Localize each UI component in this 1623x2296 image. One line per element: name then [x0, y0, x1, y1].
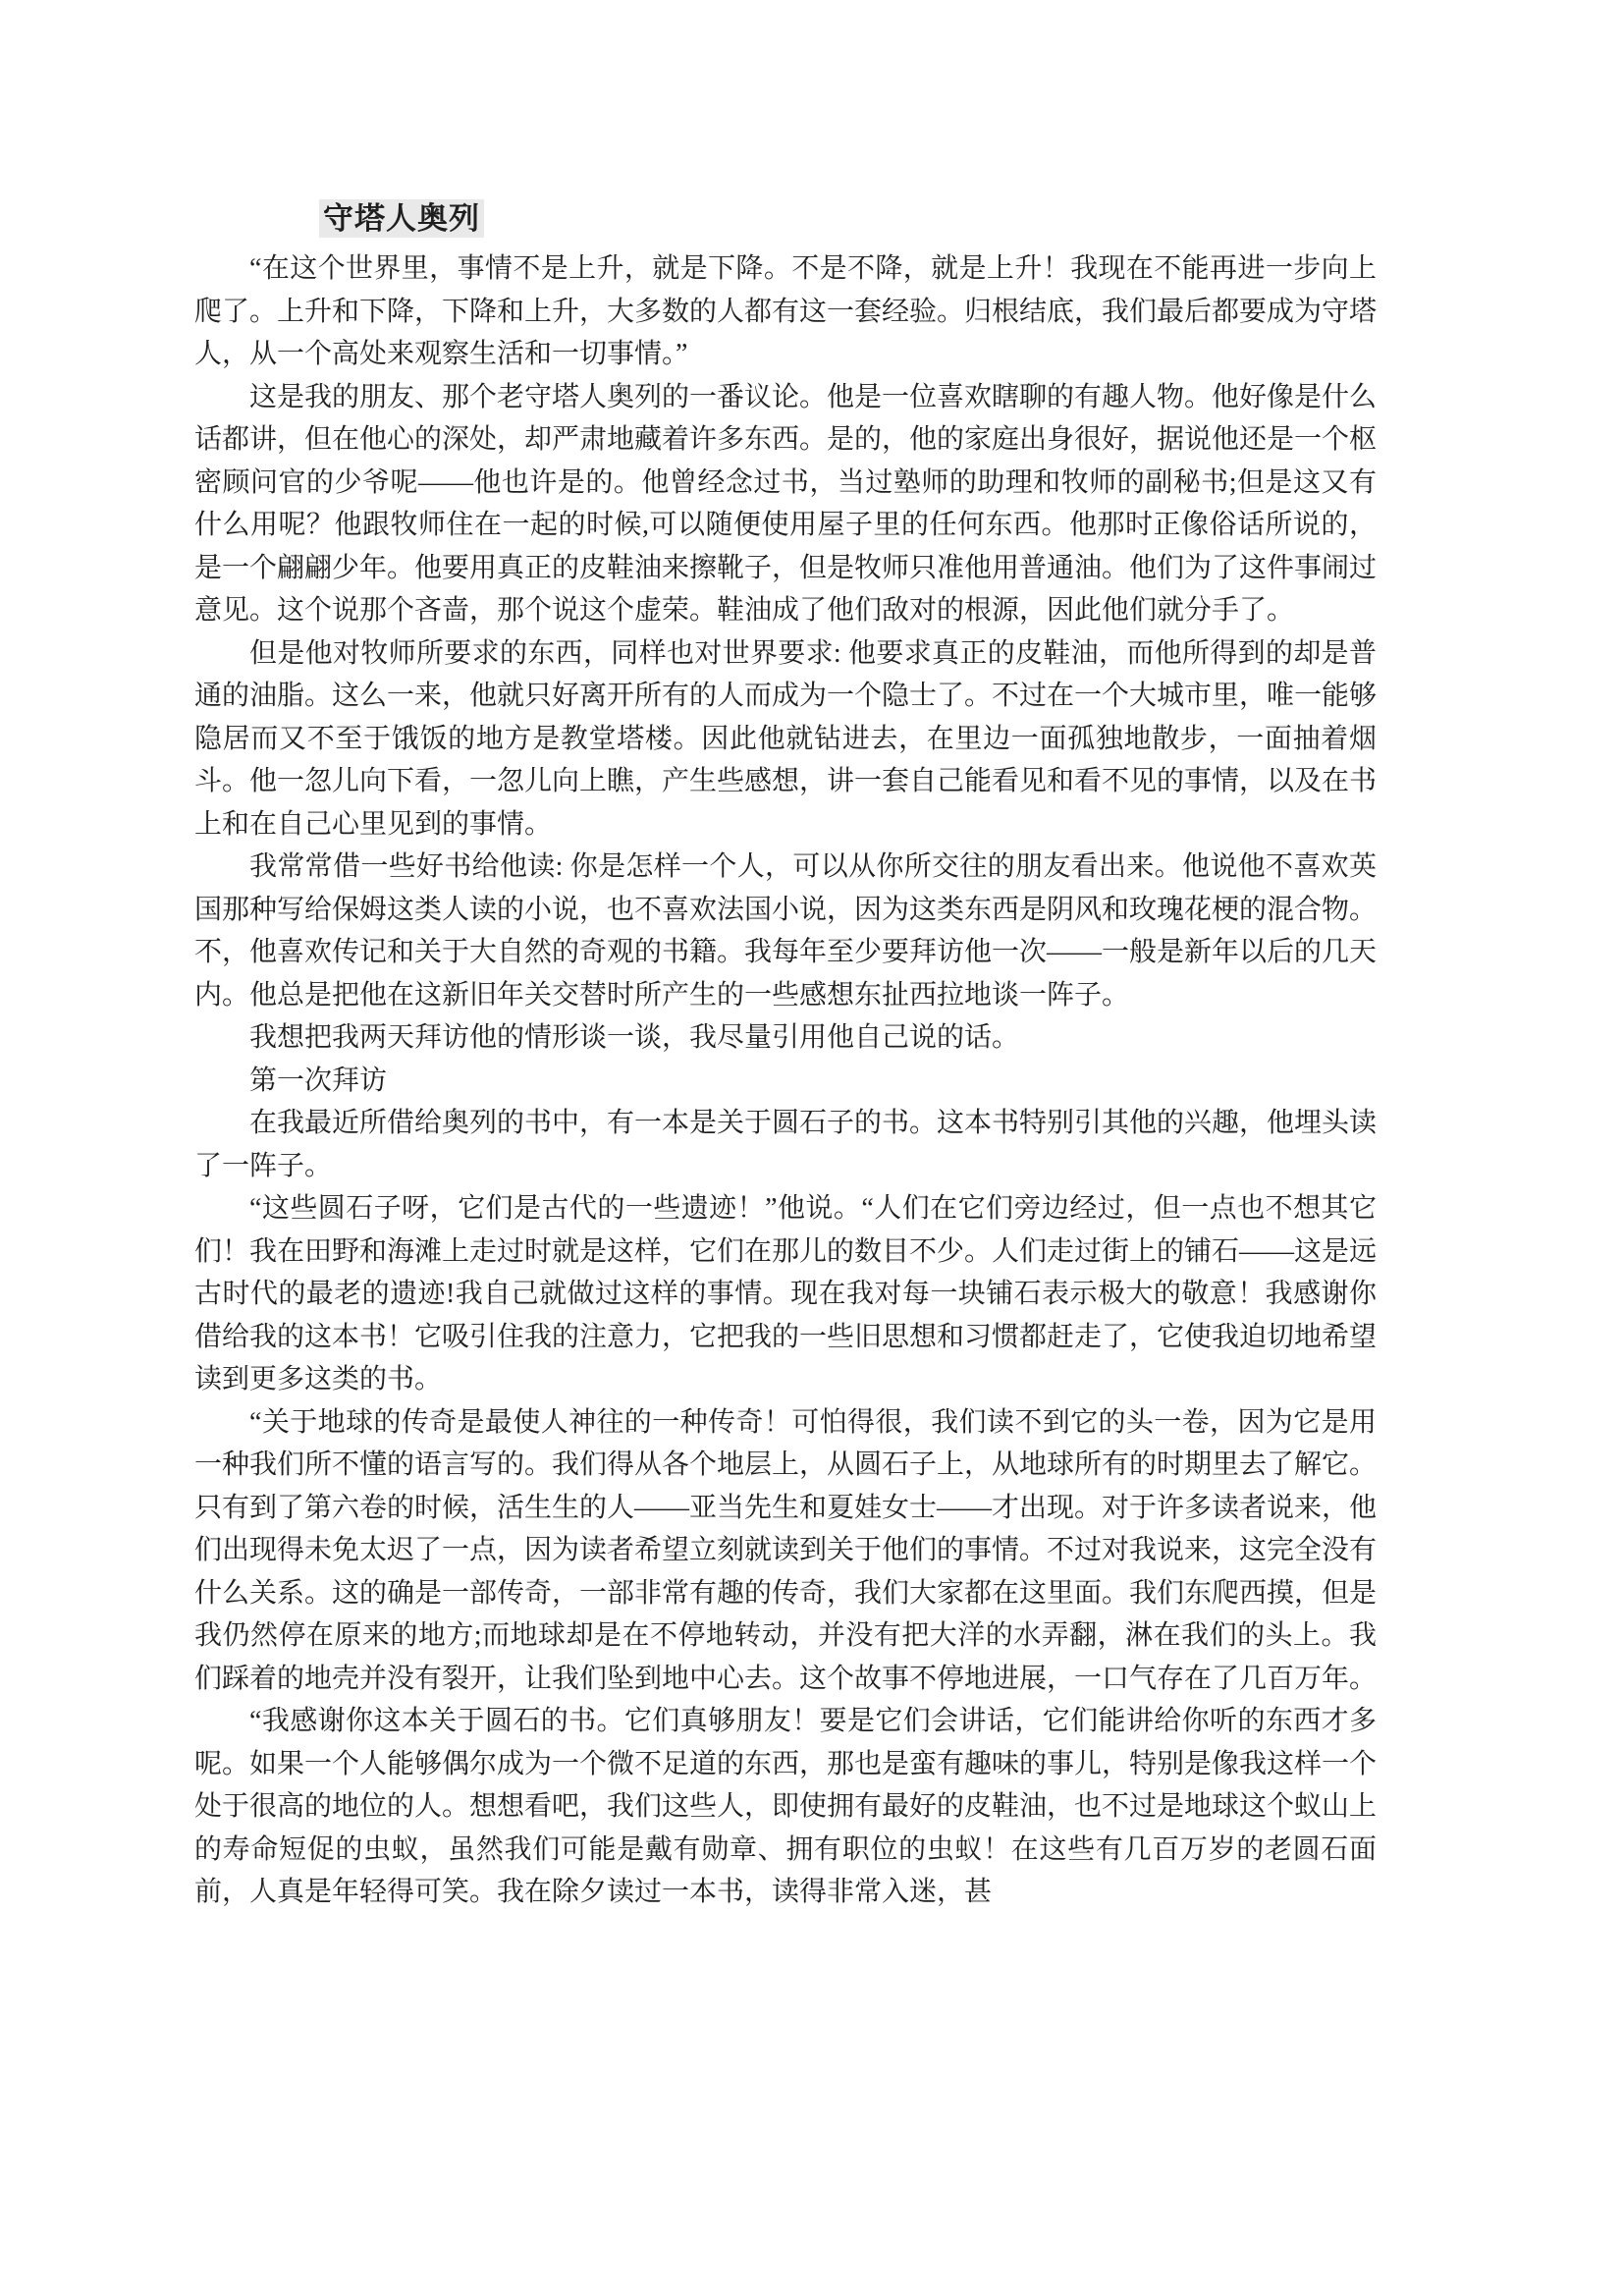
document-content: 守塔人奥列 “在这个世界里，事情不是上升，就是下降。不是不降，就是上升！我现在不… — [194, 196, 1377, 1914]
paragraph: 但是他对牧师所要求的东西，同样也对世界要求: 他要求真正的皮鞋油，而他所得到的却… — [194, 632, 1377, 847]
document-page: 守塔人奥列 “在这个世界里，事情不是上升，就是下降。不是不降，就是上升！我现在不… — [0, 0, 1623, 2296]
paragraph: 我常常借一些好书给他读: 你是怎样一个人，可以从你所交往的朋友看出来。他说他不喜… — [194, 846, 1377, 1016]
paragraph: “这些圆石子呀，它们是古代的一些遗迹！”他说。“人们在它们旁边经过，但一点也不想… — [194, 1187, 1377, 1401]
paragraph: “我感谢你这本关于圆石的书。它们真够朋友！要是它们会讲话，它们能讲给你听的东西才… — [194, 1700, 1377, 1914]
page-title: 守塔人奥列 — [319, 199, 484, 238]
paragraph: 在我最近所借给奥列的书中，有一本是关于圆石子的书。这本书特别引其他的兴趣，他埋头… — [194, 1102, 1377, 1187]
paragraph: 我想把我两天拜访他的情形谈一谈，我尽量引用他自己说的话。 — [194, 1016, 1377, 1060]
paragraph: “关于地球的传奇是最使人神往的一种传奇！可怕得很，我们读不到它的头一卷，因为它是… — [194, 1401, 1377, 1701]
paragraph: “在这个世界里，事情不是上升，就是下降。不是不降，就是上升！我现在不能再进一步向… — [194, 247, 1377, 376]
paragraph: 第一次拜访 — [194, 1060, 1377, 1103]
paragraph: 这是我的朋友、那个老守塔人奥列的一番议论。他是一位喜欢瞎聊的有趣人物。他好像是什… — [194, 376, 1377, 632]
paragraph-container: “在这个世界里，事情不是上升，就是下降。不是不降，就是上升！我现在不能再进一步向… — [194, 247, 1377, 1914]
title-row: 守塔人奥列 — [319, 196, 1377, 242]
